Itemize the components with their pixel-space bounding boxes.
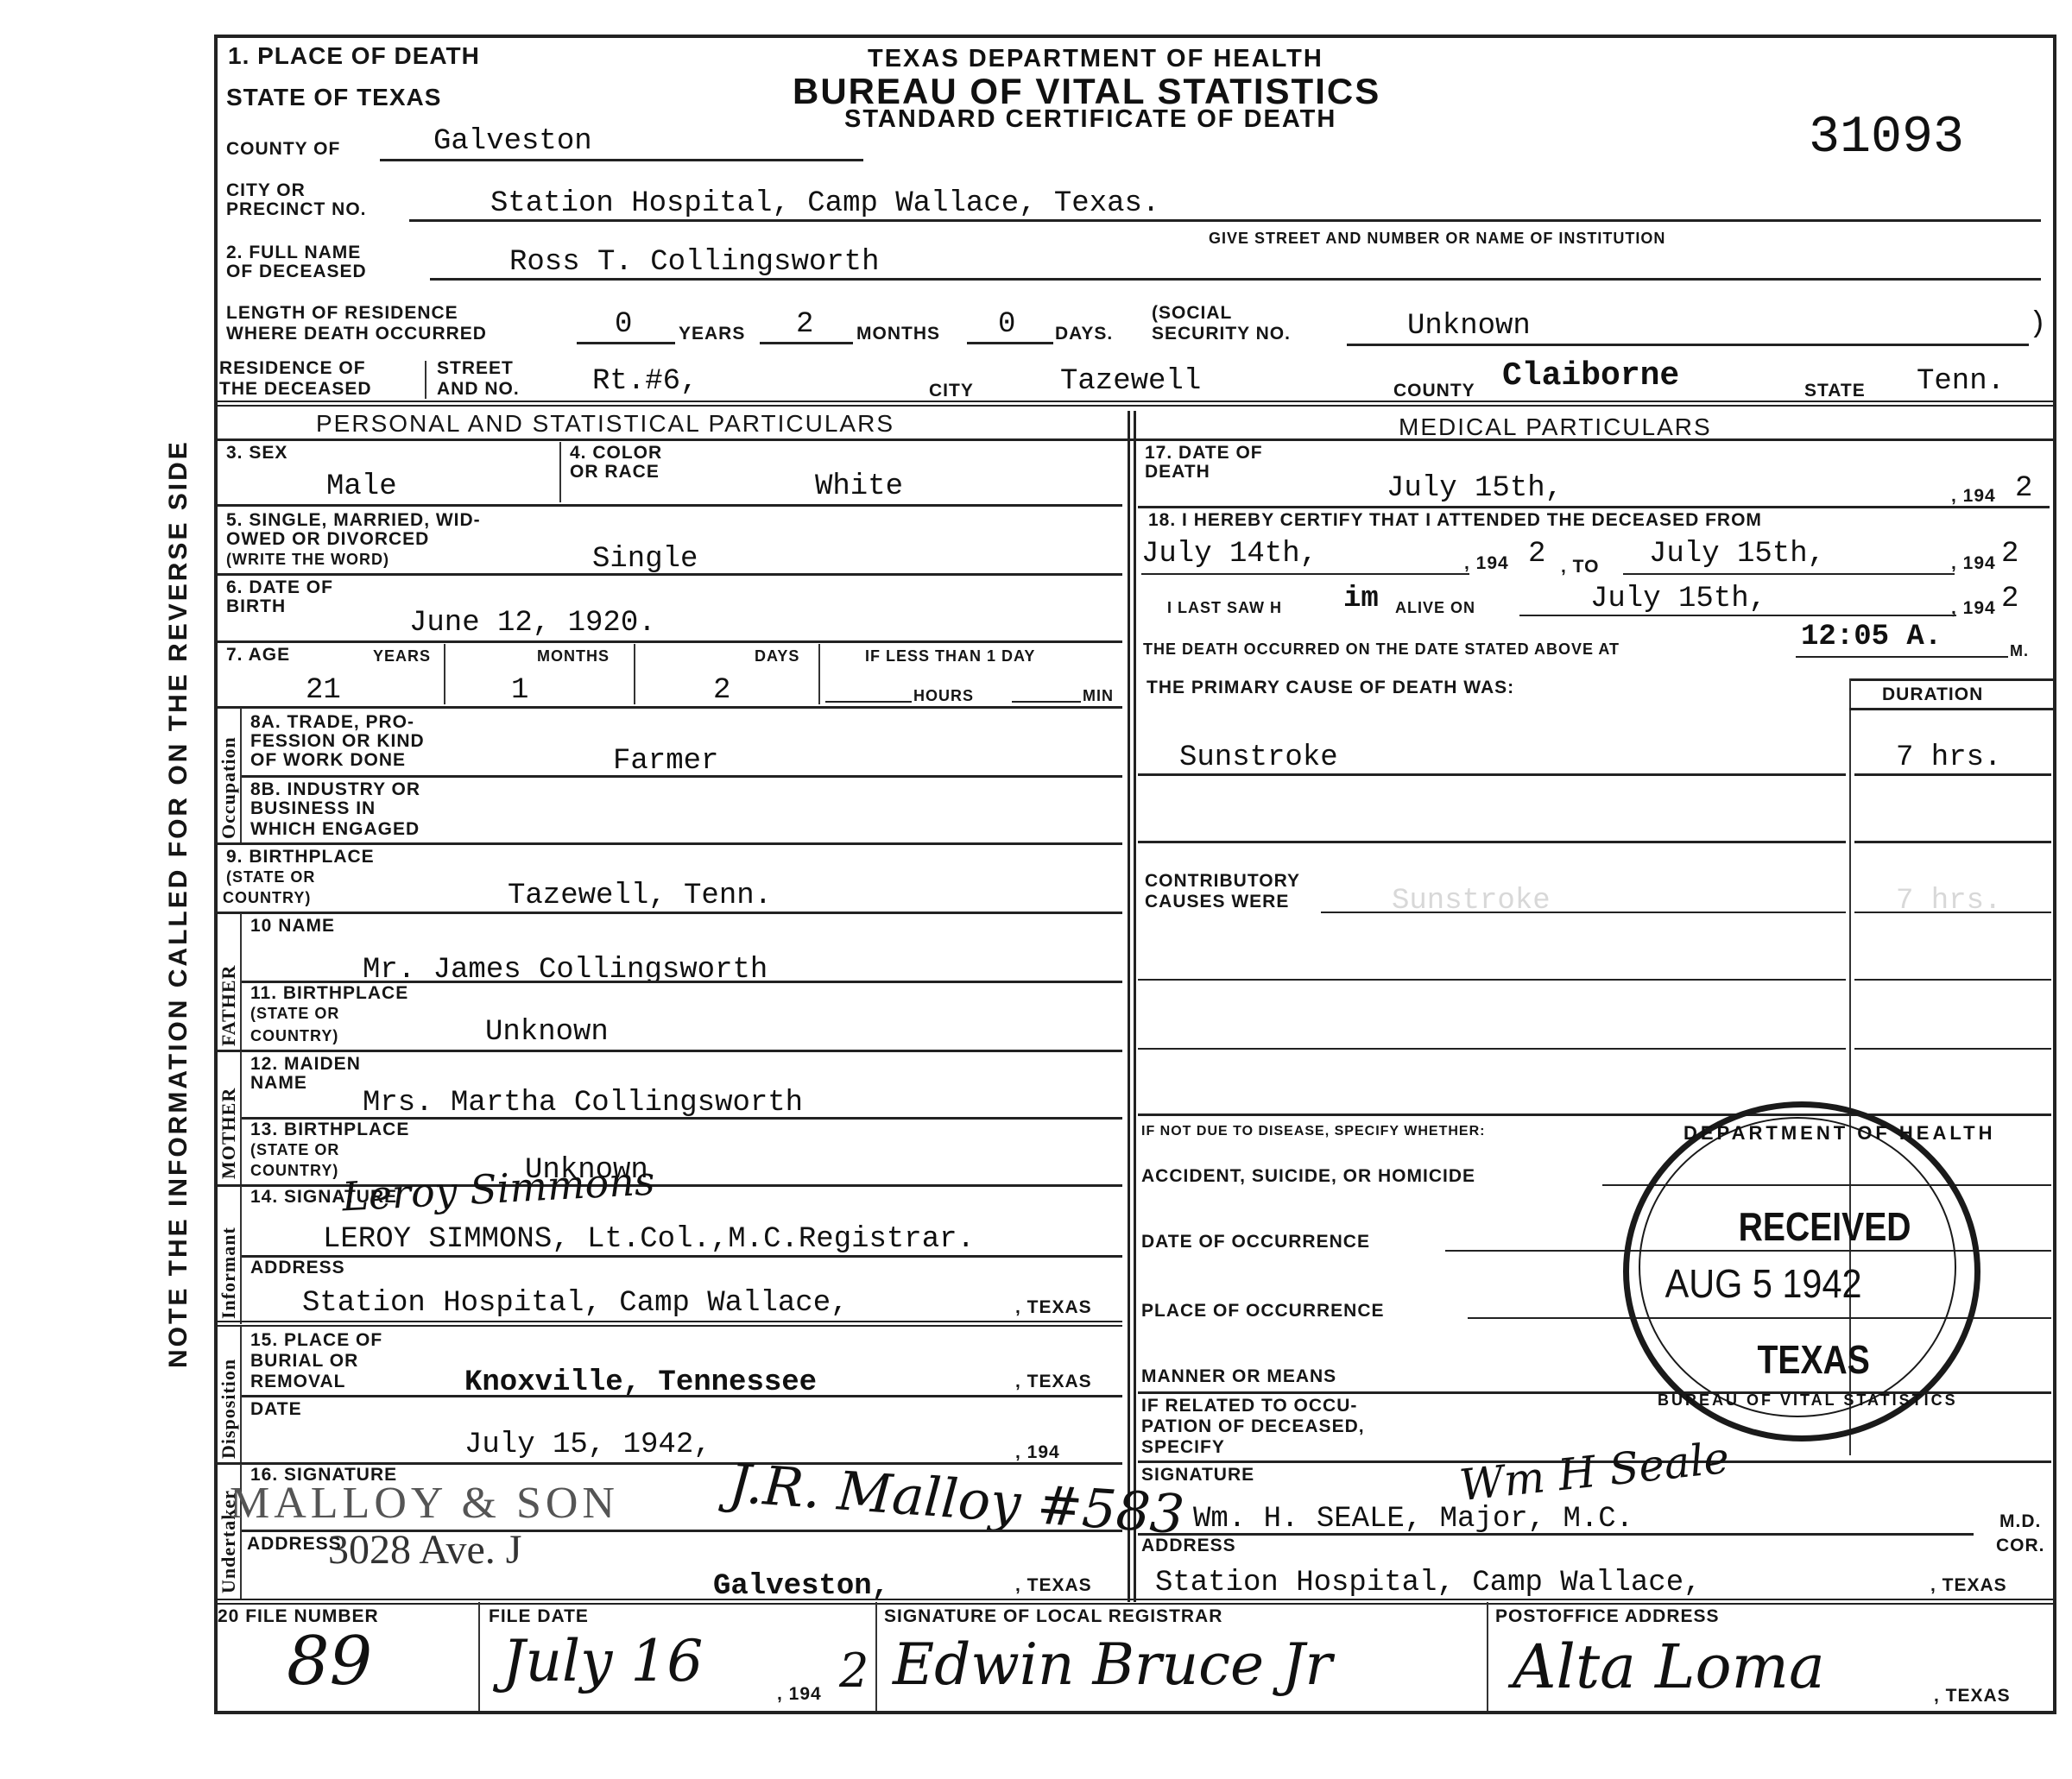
dod-value[interactable]: July 15th, [1387,473,1563,504]
sex-value[interactable]: Male [326,471,397,502]
sex-race-divider [559,442,561,502]
res-state-label: STATE [1804,382,1866,401]
mother-name-label-1: 12. MAIDEN [250,1055,361,1074]
ssn-line [1347,344,2029,346]
age-years-label: YEARS [373,647,431,665]
dob-label-2: BIRTH [226,597,286,616]
registrar-label: SIGNATURE OF LOCAL REGISTRAR [884,1607,1222,1626]
attended-from-line [1141,573,1469,575]
name-label-2: OF DECEASED [226,262,367,281]
race-label-2: OR RACE [570,463,660,482]
registrar-signature[interactable]: Edwin Bruce Jr [893,1631,1332,1698]
certify-label: 18. I HEREBY CERTIFY THAT I ATTENDED THE… [1148,511,1762,530]
father-birth-label-3: COUNTRY) [250,1027,338,1044]
age-days-value[interactable]: 2 [713,675,730,706]
dob-line [218,640,1122,643]
contrib-duration-line-2 [1854,979,2051,981]
ssn-label-1: (SOCIAL [1152,304,1232,323]
years-label: YEARS [679,325,745,344]
years-value[interactable]: 0 [615,309,632,340]
marital-value[interactable]: Single [592,544,698,575]
age-divider-1 [444,644,445,704]
primary-cause-value[interactable]: Sunstroke [1179,742,1338,773]
informant-addr-value[interactable]: Station Hospital, Camp Wallace, [302,1288,849,1319]
contrib-label-1: CONTRIBUTORY [1145,872,1300,891]
dept-title: TEXAS DEPARTMENT OF HEALTH [868,45,1323,73]
side-label-disposition: Disposition [218,1359,240,1459]
name-line [430,278,2041,281]
father-birth-label-2: (STATE OR [250,1005,339,1022]
last-saw-label: I LAST SAW H [1167,599,1282,616]
side-label-occupation: Occupation [218,736,240,839]
city-label-1: CITY OR [226,181,306,200]
burial-value[interactable]: Knoxville, Tennessee [464,1367,817,1398]
contrib-label-2: CAUSES WERE [1145,893,1289,912]
residence-length-label-2: WHERE DEATH OCCURRED [226,325,487,344]
occurrence-date-label: DATE OF OCCURRENCE [1141,1233,1370,1252]
age-months-label: MONTHS [537,647,610,665]
contrib-duration-line-3 [1854,1048,2051,1050]
physician-address-label: ADDRESS [1141,1536,1236,1555]
residence-label-1: RESIDENCE OF [219,359,366,378]
informant-value[interactable]: LEROY SIMMONS, Lt.Col.,M.C.Registrar. [323,1224,975,1255]
file-date-label: FILE DATE [489,1607,589,1626]
stamp-bottom-arc: BUREAU OF VITAL STATISTICS [1658,1391,1934,1410]
center-divider-b [1134,411,1136,1602]
cause-line-2 [1138,841,1846,843]
contrib-line-3 [1138,1048,1846,1050]
duration-label: DURATION [1882,685,1983,704]
mother-name-value[interactable]: Mrs. Martha Collingsworth [363,1088,803,1119]
informant-line [242,1255,1122,1258]
birthplace-label-2: (STATE OR [226,868,315,886]
burial-state: , TEXAS [1015,1372,1092,1391]
marital-line [218,573,1122,576]
informant-addr-line [218,1321,1122,1327]
marital-label-1: 5. SINGLE, MARRIED, WID- [226,511,481,530]
street-label-2: AND NO. [437,380,520,399]
hours-line [825,701,912,703]
stamp-date: AUG 5 1942 [1665,1260,1862,1307]
attended-from[interactable]: July 14th, [1141,539,1317,570]
undertaker-city[interactable]: Galveston, [713,1571,889,1602]
res-city-value[interactable]: Tazewell [1060,366,1201,397]
duration-header-line [1849,708,2053,710]
sex-label: 3. SEX [226,444,287,463]
city-value[interactable]: Station Hospital, Camp Wallace, Texas. [490,188,1159,219]
state-label: STATE OF TEXAS [226,85,441,110]
informant-addr-state: , TEXAS [1015,1298,1092,1317]
trade-line [242,775,1122,778]
cause-section-bottom [1138,1113,2051,1116]
deceased-name-value[interactable]: Ross T. Collingsworth [509,247,879,278]
sex-line [218,504,1122,507]
dod-label-1: 17. DATE OF [1145,444,1263,463]
certificate-title: STANDARD CERTIFICATE OF DEATH [844,105,1336,134]
contrib-duration-line [1854,912,2051,913]
age-days-label: DAYS [755,647,799,665]
side-label-mother: MOTHER [218,1088,240,1179]
dod-year[interactable]: 2 [2015,473,2032,504]
form-bottom-border [214,1711,2056,1714]
county-value[interactable]: Galveston [433,126,592,157]
side-note: NOTE THE INFORMATION CALLED FOR ON THE R… [169,439,188,1368]
duration-top-line [1849,678,2053,681]
primary-duration-value[interactable]: 7 hrs. [1896,742,2001,773]
file-date-year-prefix: , 194 [777,1685,822,1704]
ssn-label-2: SECURITY NO. [1152,325,1291,344]
days-value[interactable]: 0 [998,309,1015,340]
occurrence-place-label: PLACE OF OCCURRENCE [1141,1302,1385,1321]
physician-signature-label: SIGNATURE [1141,1466,1254,1485]
city-label-2: PRECINCT NO. [226,200,367,219]
side-label-informant: Informant [218,1227,240,1319]
county-line [380,159,863,161]
dob-label-1: 6. DATE OF [226,578,333,597]
form-top-border [214,35,2055,38]
last-saw-pronoun[interactable]: im [1343,584,1379,615]
birthplace-label-1: 9. BIRTHPLACE [226,848,375,867]
age-line [218,706,1122,709]
min-label: MIN [1083,687,1114,704]
dod-label-2: DEATH [1145,463,1210,482]
street-label-1: STREET [437,359,514,378]
father-birth-line [218,1050,1122,1052]
marital-label-3: (WRITE THE WORD) [226,551,389,568]
dod-line [1138,506,2050,508]
res-city-label: CITY [929,382,974,401]
informant-signature: Leroy Simmons [341,1158,656,1221]
alive-on-label: ALIVE ON [1395,599,1475,616]
medical-heading: MEDICAL PARTICULARS [1399,414,1712,440]
industry-label-2: BUSINESS IN [250,799,376,818]
age-months-value[interactable]: 1 [511,675,528,706]
months-label: MONTHS [856,325,940,344]
birthplace-value[interactable]: Tazewell, Tenn. [508,880,772,912]
certificate-number: 31093 [1809,110,1964,166]
place-of-death-label: 1. PLACE OF DEATH [228,43,480,69]
duration-line-2 [1854,841,2051,843]
attended-to-year-prefix: , 194 [1951,554,1996,573]
burial-date-suffix: , 194 [1015,1443,1060,1462]
side-label-father: FATHER [218,965,240,1046]
age-years-value[interactable]: 21 [306,675,341,706]
county-label: COUNTY OF [226,140,340,159]
postoffice-state: , TEXAS [1934,1687,2011,1706]
days-line [967,342,1053,344]
trade-label-1: 8A. TRADE, PRO- [250,713,414,732]
file-date-value[interactable]: July 16 [502,1628,703,1694]
father-birth-value[interactable]: Unknown [485,1017,609,1048]
street-value[interactable]: Rt.#6, [592,366,698,397]
residence-divider [425,361,426,399]
burial-label-3: REMOVAL [250,1372,345,1391]
primary-cause-label: THE PRIMARY CAUSE OF DEATH WAS: [1147,678,1514,697]
industry-line [218,842,1122,845]
attended-from-year-prefix: , 194 [1464,554,1509,573]
less-day-label: IF LESS THAN 1 DAY [865,647,1035,665]
informant-addr-label: ADDRESS [250,1259,345,1277]
footer-divider [214,1599,2055,1605]
center-divider-a [1128,411,1130,1602]
primary-cause-line [1138,773,1846,776]
last-saw-line [1519,615,1956,616]
birthplace-label-3: COUNTRY) [223,889,311,906]
footer-divider-1 [478,1602,480,1711]
father-name-label: 10 NAME [250,917,335,936]
res-county-label: COUNTY [1393,382,1475,401]
attended-to-year[interactable]: 2 [2001,539,2018,570]
burial-label-2: BURIAL OR [250,1352,358,1371]
years-line [577,342,675,344]
burial-date-label: DATE [250,1400,302,1419]
accident-label: ACCIDENT, SUICIDE, OR HOMICIDE [1141,1167,1475,1186]
file-number-value[interactable]: 89 [287,1623,372,1700]
footer-divider-3 [1487,1602,1488,1711]
last-saw-year-prefix: , 194 [1951,599,1996,618]
ssn-close-paren: ) [2029,309,2046,340]
physician-address-value[interactable]: Station Hospital, Camp Wallace, [1155,1568,1702,1599]
father-birth-label-1: 11. BIRTHPLACE [250,984,408,1003]
footer-divider-2 [875,1602,877,1711]
file-date-year[interactable]: 2 [839,1643,869,1698]
marital-label-2: OWED OR DIVORCED [226,530,429,549]
burial-label-1: 15. PLACE OF [250,1331,382,1350]
physician-signature-line [1138,1533,1974,1536]
header-divider [214,401,2055,407]
contrib-line-2 [1138,979,1846,981]
birthplace-line [218,912,1122,914]
stamp-top-arc: DEPARTMENT OF HEALTH [1683,1122,1942,1145]
min-line [1012,701,1081,703]
age-divider-2 [634,644,635,704]
death-time-suffix: M. [2010,642,2029,659]
dod-year-prefix: , 194 [1951,487,1996,506]
stamp-received: RECEIVED [1739,1203,1911,1250]
months-line [760,342,853,344]
hours-label: HOURS [913,687,974,704]
not-disease-label: IF NOT DUE TO DISEASE, SPECIFY WHETHER: [1141,1124,1485,1139]
last-saw-date[interactable]: July 15th, [1590,584,1766,615]
occupation-related-label-3: SPECIFY [1141,1438,1225,1457]
mother-birth-label-1: 13. BIRTHPLACE [250,1120,409,1139]
undertaker-addr-value[interactable]: 3028 Ave. J [328,1526,521,1574]
attended-to-line [1623,573,1955,575]
death-time-label: THE DEATH OCCURRED ON THE DATE STATED AB… [1143,640,1620,658]
residence-label-2: THE DECEASED [219,380,372,399]
death-time-line [1796,656,2008,658]
postoffice-label: POSTOFFICE ADDRESS [1495,1607,1720,1626]
age-label: 7. AGE [226,646,290,665]
burial-date-value[interactable]: July 15, 1942, [464,1429,711,1460]
attended-from-year[interactable]: 2 [1528,539,1545,570]
mother-birth-label-2: (STATE OR [250,1141,339,1158]
months-value[interactable]: 2 [796,309,813,340]
mother-name-label-2: NAME [250,1074,307,1093]
occupation-related-label-1: IF RELATED TO OCCU- [1141,1397,1357,1416]
undertaker-state: , TEXAS [1015,1576,1092,1595]
age-divider-3 [818,644,820,704]
death-time-value[interactable]: 12:05 A. [1801,621,1942,653]
personal-heading: PERSONAL AND STATISTICAL PARTICULARS [316,411,894,437]
physician-signature: Wm H Seale [1457,1433,1732,1511]
res-state-value[interactable]: Tenn. [1917,366,2005,397]
industry-label-3: WHICH ENGAGED [250,820,420,839]
trade-label-3: OF WORK DONE [250,751,406,770]
primary-duration-line [1854,773,2051,776]
ssn-value[interactable]: Unknown [1407,311,1531,342]
residence-length-label-1: LENGTH OF RESIDENCE [226,304,458,323]
disposition-group-border [240,1326,242,1462]
undertaker-stamp: MALLOY & SON [230,1478,619,1529]
days-label: DAYS. [1055,325,1113,344]
stamp-state: TEXAS [1758,1336,1870,1383]
trade-label-2: FESSION OR KIND [250,732,425,751]
contrib-line [1321,912,1846,913]
attended-to[interactable]: July 15th, [1649,539,1825,570]
industry-label-1: 8B. INDUSTRY OR [250,780,420,799]
postoffice-value[interactable]: Alta Loma [1513,1631,1825,1702]
md-label: M.D. [1999,1512,2041,1531]
last-saw-year[interactable]: 2 [2001,584,2018,615]
name-label-1: 2. FULL NAME [226,243,361,262]
dob-value[interactable]: June 12, 1920. [409,608,656,639]
city-line [409,219,2041,222]
burial-line [242,1395,1122,1397]
mother-birth-label-3: COUNTRY) [250,1162,338,1179]
race-value[interactable]: White [815,471,903,502]
physician-name-value[interactable]: Wm. H. SEALE, Major, M.C. [1193,1504,1633,1535]
manner-label: MANNER OR MEANS [1141,1367,1336,1386]
physician-address-state: , TEXAS [1930,1576,2007,1595]
occupation-related-label-2: PATION OF DECEASED, [1141,1417,1365,1436]
city-hint: GIVE STREET AND NUMBER OR NAME OF INSTIT… [1209,230,1665,247]
race-label-1: 4. COLOR [570,444,662,463]
cor-label: COR. [1996,1536,2045,1555]
trade-value[interactable]: Farmer [613,746,718,777]
form-right-border [2053,35,2056,1713]
to-label: , TO [1561,558,1599,577]
res-county-value[interactable]: Claiborne [1502,361,1679,392]
